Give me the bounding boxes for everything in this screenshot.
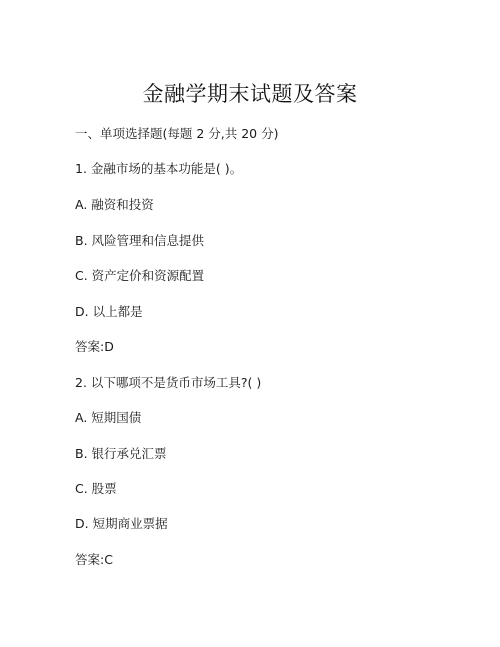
- question-2-answer: 答案:C: [75, 550, 113, 568]
- question-1-option-c: C. 资产定价和资源配置: [75, 266, 204, 284]
- document-title: 金融学期末试题及答案: [0, 78, 500, 108]
- question-1-option-d: D. 以上都是: [75, 302, 143, 320]
- question-1-option-b: B. 风险管理和信息提供: [75, 231, 204, 249]
- question-2-option-b: B. 银行承兑汇票: [75, 444, 167, 462]
- question-2-option-c: C. 股票: [75, 479, 117, 497]
- question-1-stem: 1. 金融市场的基本功能是( )。: [75, 159, 242, 177]
- question-1-option-a: A. 融资和投资: [75, 195, 154, 213]
- question-1-answer: 答案:D: [75, 337, 114, 355]
- question-2-option-d: D. 短期商业票据: [75, 514, 168, 532]
- question-2-stem: 2. 以下哪项不是货币市场工具?( ): [75, 373, 261, 391]
- section-heading: 一、单项选择题(每题 2 分,共 20 分): [75, 124, 278, 142]
- question-2-option-a: A. 短期国债: [75, 408, 141, 426]
